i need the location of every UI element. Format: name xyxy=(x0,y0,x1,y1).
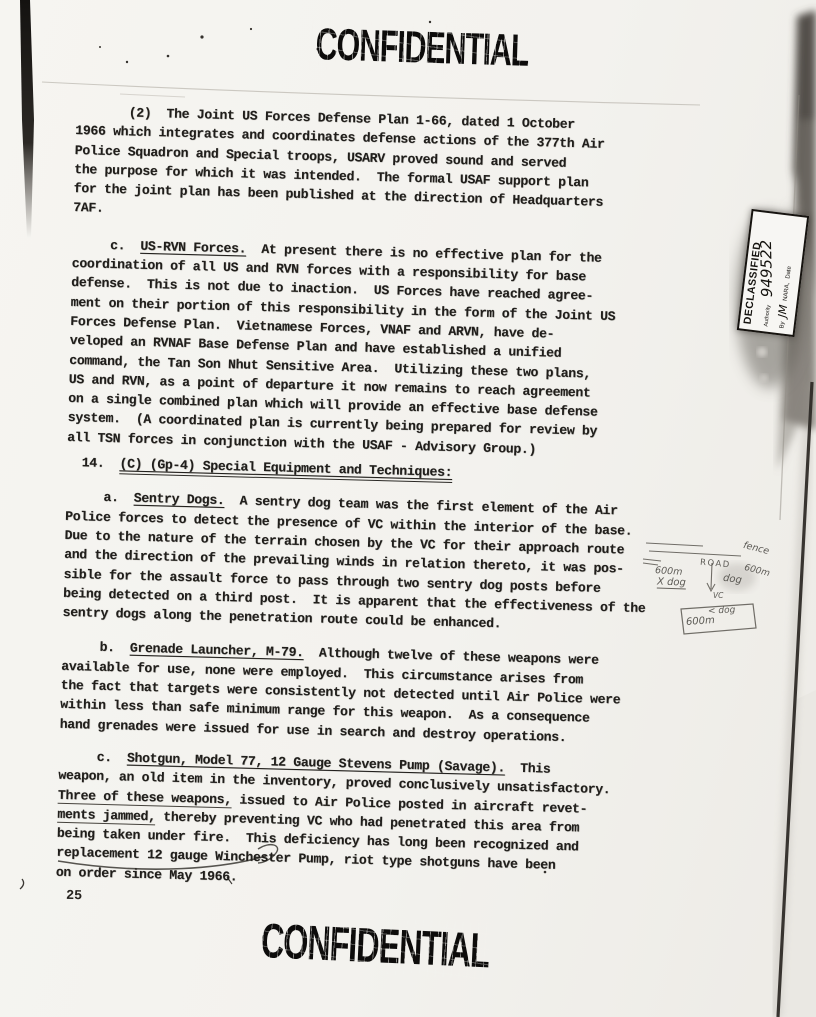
left-edge-artifact xyxy=(20,0,34,238)
by-initials-handwritten: JM xyxy=(779,304,788,318)
para-joint-defense-plan: (2) The Joint US Forces Defense Plan 1-6… xyxy=(73,102,766,236)
agency-label: NARA, xyxy=(783,282,791,301)
margin-note-x-dog: X dog xyxy=(657,577,686,590)
authority-label: Authority xyxy=(763,305,772,327)
confidential-stamp-bottom: CONFIDENTIAL xyxy=(259,913,492,980)
typed-text: (2) The Joint US Forces Defense Plan 1-6… xyxy=(56,102,766,900)
margin-note-vc: VC xyxy=(713,591,723,600)
confidential-stamp-top: CONFIDENTIAL xyxy=(307,20,536,78)
para-us-rvn-forces: c. US-RVN Forces. At present there is no… xyxy=(67,235,762,465)
para-shotgun: c. Shotgun, Model 77, 12 Gauge Stevens P… xyxy=(56,747,749,900)
margin-note-box-600m: 600m xyxy=(686,615,716,628)
date-label: Date xyxy=(785,266,793,279)
scanned-document-page: CONFIDENTIAL (2) The Joint US Forces Def… xyxy=(0,0,816,1017)
by-label: By xyxy=(779,321,786,329)
page-number: 25 xyxy=(66,889,82,904)
para-sentry-dogs: a. Sentry Dogs. A sentry dog team was th… xyxy=(62,487,755,640)
authority-number-handwritten: 949522 xyxy=(757,240,776,298)
top-edge-line xyxy=(42,82,700,105)
para-grenade-launcher: b. Grenade Launcher, M-79. Although twel… xyxy=(59,637,751,752)
